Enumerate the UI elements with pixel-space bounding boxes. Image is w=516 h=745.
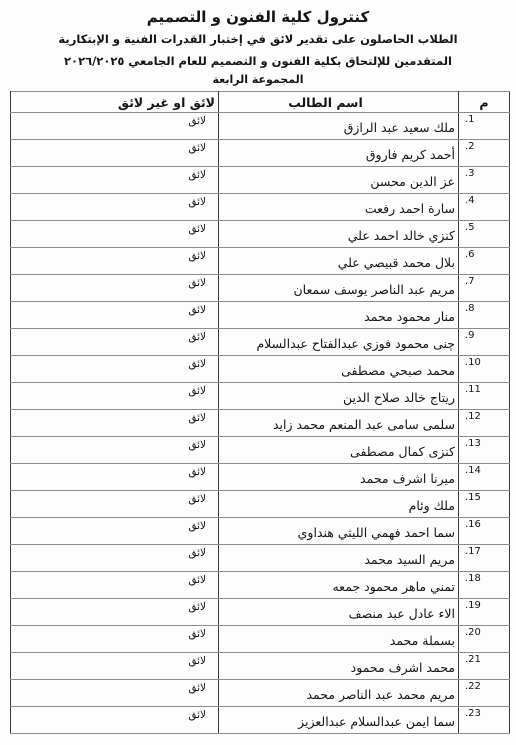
status-value: لائق [11,356,219,383]
student-name: أحمد كريم فاروق [219,140,459,167]
table-row: .14 ميرنا اشرف محمد لائق [11,464,510,491]
table-row: .11 ريتاج خالد صلاح الدين لائق [11,383,510,410]
status-value: لائق [11,383,219,410]
student-name: الاء عادل عبد منصف [219,599,459,626]
status-value: لائق [11,707,219,734]
student-name: سارة احمد رفعت [219,194,459,221]
table-row: .6 بلال محمد قبيصي علي لائق [11,248,510,275]
row-number: .22 [459,680,510,707]
row-number: .10 [459,356,510,383]
header-row: م اسم الطالب لائق او غير لائق [11,92,510,113]
student-name: سما ايمن عبدالسلام عبدالعزيز [219,707,459,734]
row-number: .11 [459,383,510,410]
status-value: لائق [11,329,219,356]
row-number: .7 [459,275,510,302]
column-header-status: لائق او غير لائق [11,92,219,113]
status-value: لائق [11,410,219,437]
document-page: كنترول كلية الفنون و التصميم الطلاب الحا… [0,0,516,745]
status-value: لائق [11,491,219,518]
status-value: لائق [11,167,219,194]
row-number: .23 [459,707,510,734]
student-name: بلال محمد قبيصي علي [219,248,459,275]
status-value: لائق [11,464,219,491]
table-row: .10 محمد صبحي مصطفى لائق [11,356,510,383]
row-number: .19 [459,599,510,626]
table-row: .18 تمني ماهر محمود جمعه لائق [11,572,510,599]
group-label: المجموعة الرابعة [0,72,516,88]
student-name: محمد صبحي مصطفى [219,356,459,383]
student-name: سلمى سامى عبد المنعم محمد زايد [219,410,459,437]
student-name: مريم عبد الناصر يوسف سمعان [219,275,459,302]
row-number: .14 [459,464,510,491]
subtitle-line-2: المتقدمين للإلتحاق بكلية الفنون و التصمي… [0,50,516,72]
row-number: .21 [459,653,510,680]
status-value: لائق [11,275,219,302]
table-row: .4 سارة احمد رفعت لائق [11,194,510,221]
student-name: چنى محمود فوزي عبدالفتاح عبدالسلام [219,329,459,356]
row-number: .18 [459,572,510,599]
student-name: كنزى كمال مصطفى [219,437,459,464]
students-table: م اسم الطالب لائق او غير لائق .1 ملك سعي… [10,91,510,734]
status-value: لائق [11,113,219,140]
status-value: لائق [11,572,219,599]
table-row: .19 الاء عادل عبد منصف لائق [11,599,510,626]
table-row: .7 مريم عبد الناصر يوسف سمعان لائق [11,275,510,302]
row-number: .8 [459,302,510,329]
student-name: محمد اشرف محمود [219,653,459,680]
document-header: كنترول كلية الفنون و التصميم الطلاب الحا… [0,0,516,88]
page-title: كنترول كلية الفنون و التصميم [0,0,516,28]
student-name: كنزي خالد احمد علي [219,221,459,248]
status-value: لائق [11,653,219,680]
status-value: لائق [11,302,219,329]
student-name: تمني ماهر محمود جمعه [219,572,459,599]
row-number: .9 [459,329,510,356]
table-row: .16 سما احمد فهمي الليثي هنداوي لائق [11,518,510,545]
row-number: .15 [459,491,510,518]
row-number: .16 [459,518,510,545]
row-number: .3 [459,167,510,194]
table-head: م اسم الطالب لائق او غير لائق [11,92,510,113]
student-name: ريتاج خالد صلاح الدين [219,383,459,410]
table-row: .21 محمد اشرف محمود لائق [11,653,510,680]
student-name: سما احمد فهمي الليثي هنداوي [219,518,459,545]
status-value: لائق [11,140,219,167]
status-value: لائق [11,599,219,626]
status-value: لائق [11,518,219,545]
student-name: مريم محمد عبد الناصر محمد [219,680,459,707]
table-row: .22 مريم محمد عبد الناصر محمد لائق [11,680,510,707]
student-name: ميرنا اشرف محمد [219,464,459,491]
table-row: .17 مريم السيد محمد لائق [11,545,510,572]
row-number: .13 [459,437,510,464]
row-number: .17 [459,545,510,572]
row-number: .1 [459,113,510,140]
table-row: .13 كنزى كمال مصطفى لائق [11,437,510,464]
table-row: .1 ملك سعيد عبد الرازق لائق [11,113,510,140]
column-header-index: م [459,92,510,113]
student-name: ملك سعيد عبد الرازق [219,113,459,140]
row-number: .2 [459,140,510,167]
student-name: ملك وئام [219,491,459,518]
status-value: لائق [11,626,219,653]
status-value: لائق [11,194,219,221]
table-row: .3 عز الدين محسن لائق [11,167,510,194]
status-value: لائق [11,680,219,707]
table-body: .1 ملك سعيد عبد الرازق لائق .2 أحمد كريم… [11,113,510,734]
row-number: .12 [459,410,510,437]
table-row: .9 چنى محمود فوزي عبدالفتاح عبدالسلام لا… [11,329,510,356]
student-name: مريم السيد محمد [219,545,459,572]
table-row: .12 سلمى سامى عبد المنعم محمد زايد لائق [11,410,510,437]
status-value: لائق [11,545,219,572]
table-row: .5 كنزي خالد احمد علي لائق [11,221,510,248]
table-row: .23 سما ايمن عبدالسلام عبدالعزيز لائق [11,707,510,734]
row-number: .4 [459,194,510,221]
student-name: بسملة محمد [219,626,459,653]
student-name: عز الدين محسن [219,167,459,194]
row-number: .20 [459,626,510,653]
table-row: .20 بسملة محمد لائق [11,626,510,653]
subtitle-line-1: الطلاب الحاصلون على تقدير لائق في إختبار… [0,28,516,50]
table-container: م اسم الطالب لائق او غير لائق .1 ملك سعي… [0,91,516,734]
table-row: .8 منار محمود محمد لائق [11,302,510,329]
row-number: .5 [459,221,510,248]
table-row: .2 أحمد كريم فاروق لائق [11,140,510,167]
table-row: .15 ملك وئام لائق [11,491,510,518]
column-header-student-name: اسم الطالب [219,92,459,113]
status-value: لائق [11,437,219,464]
student-name: منار محمود محمد [219,302,459,329]
status-value: لائق [11,248,219,275]
status-value: لائق [11,221,219,248]
row-number: .6 [459,248,510,275]
